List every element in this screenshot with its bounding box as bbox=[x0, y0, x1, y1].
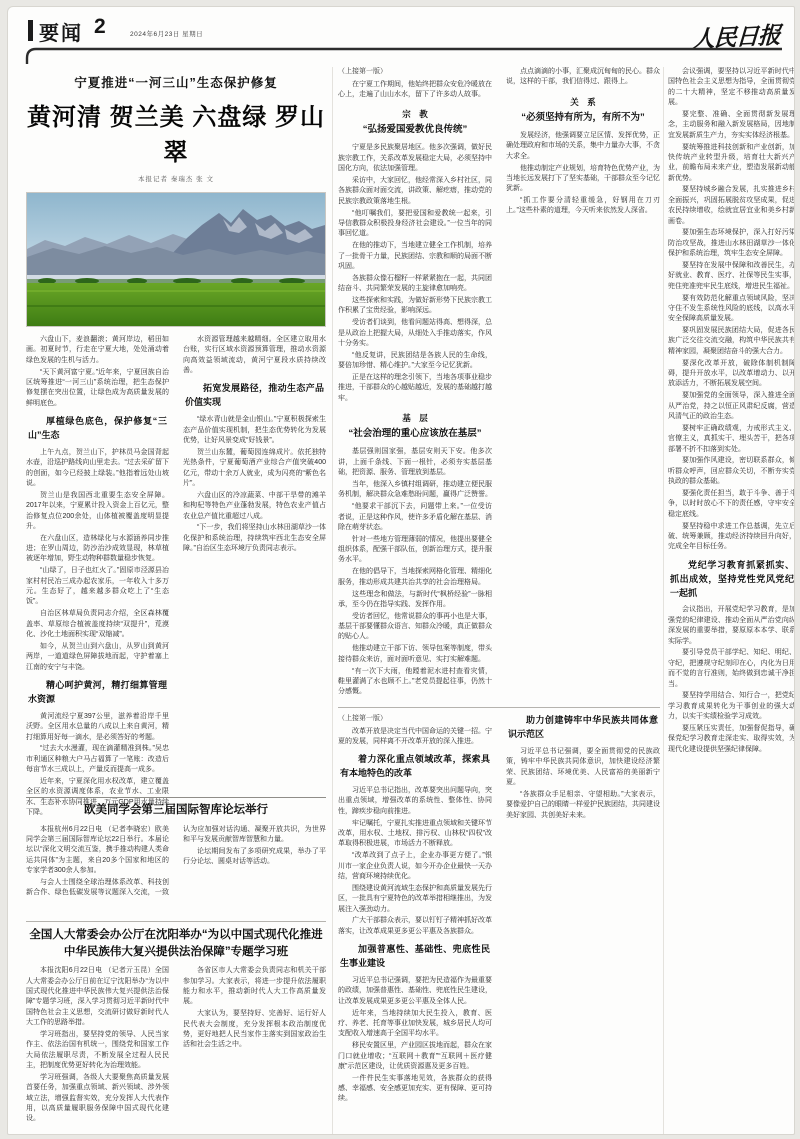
body-paragraph: 一件件民生实事落地见效，各族群众的获得感、幸福感、安全感更加充实、更有保障、更可… bbox=[338, 1074, 492, 1105]
body-paragraph: “抓工作要分清轻重缓急，好钢用在刀刃上。”这些朴素的道理，今天听来依然发人深省。 bbox=[506, 196, 660, 217]
body-paragraph: 这些探索和实践，为做好新形势下民族宗教工作积累了宝贵经验，影响深远。 bbox=[338, 296, 492, 317]
landscape-photo bbox=[26, 192, 326, 327]
body-paragraph: 上午九点，贺兰山下，护林员马金国背起水壶，沿巡护路线向山里走去。“过去采矿留下的… bbox=[26, 448, 169, 489]
body-paragraph: 针对一些地方管理薄弱的情况，他提出要健全组织体系，配强干部队伍，创新治理方式，提… bbox=[338, 535, 492, 566]
body-paragraph: 大家认为，要坚持好、完善好、运行好人民代表大会制度，充分发挥根本政治制度优势，更… bbox=[183, 1009, 326, 1050]
body-paragraph: 习近平总书记强调，要全面贯彻党的民族政策，铸牢中华民族共同体意识，加快建设经济繁… bbox=[506, 747, 660, 788]
body-paragraph: 当年，他深入乡镇村组调研，推动建立便民服务机制，解决群众急难愁盼问题，赢得广泛赞… bbox=[338, 480, 492, 501]
body-paragraph: 会议指出，开展党纪学习教育，是加强党的纪律建设、推动全面从严治党向纵深发展的重要… bbox=[668, 605, 795, 646]
npc-body: 本报沈阳6月22日电 （记者亓玉昆）全国人大常委会办公厅日前在辽宁沈阳举办“为以… bbox=[26, 966, 326, 1134]
body-paragraph: 广大干部群众表示，要以钉钉子精神抓好改革落实，让改革成果更多更公平惠及各族群众。 bbox=[338, 916, 492, 937]
forum-body: 本报杭州6月22日电 （记者李晓宏）欧美同学会第三届国际智库论坛22日举行。本届… bbox=[26, 825, 326, 915]
vertical-separator-right bbox=[663, 67, 664, 1135]
page-number: 2 bbox=[94, 15, 106, 39]
continued-from-note: （上接第一版） bbox=[338, 714, 492, 725]
body-paragraph: 要加强作风建设，密切联系群众，倾听群众呼声，回应群众关切，不断夯实党执政的群众基… bbox=[668, 456, 795, 487]
body-paragraph: 习近平总书记强调，要把为民造福作为最重要的政绩，加强普惠性、基础性、兜底性民生建… bbox=[338, 976, 492, 1007]
body-paragraph: 受访者们谈到，他看问题站得高、想得深，总是从政治上把握大局，从细处入手推动落实，… bbox=[338, 318, 492, 349]
body-paragraph: 会议强调，要坚持以习近平新时代中国特色社会主义思想为指导，全面贯彻党的二十大精神… bbox=[668, 67, 795, 108]
section-subhead: 厚植绿色底色，保护修复“三山”生态 bbox=[28, 415, 167, 443]
body-paragraph: 近年来，当地持续加大民生投入，教育、医疗、养老、托育等事业加快发展，城乡居民人均… bbox=[338, 1009, 492, 1040]
body-paragraph: 点点滴滴的小事，汇聚成沉甸甸的民心。群众说，这样的干部，我们信得过、跟得上。 bbox=[506, 67, 660, 88]
section-marker: 基 层 bbox=[338, 412, 492, 424]
body-paragraph: 习近平总书记指出，改革要突出问题导向，突出重点领域，增强改革的系统性、整体性、协… bbox=[338, 786, 492, 817]
body-paragraph: 要有效防范化解重点领域风险，坚决守住不发生系统性风险的底线，以高水平安全保障高质… bbox=[668, 294, 795, 325]
body-paragraph: 本报杭州6月22日电 （记者李晓宏）欧美同学会第三届国际智库论坛22日举行。本届… bbox=[26, 825, 169, 877]
section-marker: 宗 教 bbox=[338, 108, 492, 120]
body-paragraph: “天下黄河富宁夏。”近年来，宁夏回族自治区统筹推进“一河三山”系统治理，把生态保… bbox=[26, 368, 169, 409]
body-paragraph: 要引导党员干部学纪、知纪、明纪、守纪，把遵规守纪刻印在心，内化为日用而不觉的言行… bbox=[668, 648, 795, 689]
body-paragraph: 各族群众像石榴籽一样紧紧抱在一起，共同团结奋斗、共同繁荣发展的主旋律愈加响亮。 bbox=[338, 274, 492, 295]
body-paragraph: 要完整、准确、全面贯彻新发展理念，主动服务和融入新发展格局，因地制宜发展新质生产… bbox=[668, 110, 795, 141]
body-paragraph: “各族群众手足相亲、守望相助。”大家表示，要像爱护自己的眼睛一样爱护民族团结，共… bbox=[506, 790, 660, 821]
body-paragraph: 他推动建立干部下访、领导包案等制度，带头接待群众来访，面对面听意见、实打实解难题… bbox=[338, 644, 492, 665]
body-paragraph: 受访者回忆，他常说群众的事再小也是大事，基层干部要懂群众语言、知群众冷暖，真正做… bbox=[338, 612, 492, 643]
body-paragraph: “过去大水漫灌，现在滴灌精准到株。”吴忠市利通区种粮大户马占福算了一笔账：改造后… bbox=[26, 744, 169, 775]
body-paragraph: 他推动制定产业规划，培育特色优势产业，为当地长远发展打下了坚实基础，干部群众至今… bbox=[506, 164, 660, 195]
section-subhead: 拓宽发展路径，推动生态产品价值实现 bbox=[185, 382, 324, 410]
body-paragraph: “他叮嘱我们，要把爱国和爱教统一起来，引导信教群众积极投身经济社会建设。”一位当… bbox=[338, 209, 492, 240]
body-paragraph: 黄河流经宁夏397公里，滋养着沿岸千里沃野。全区用水总量的八成以上来自黄河，精打… bbox=[26, 712, 169, 743]
body-paragraph: 贺兰山东麓，葡萄园连绵成片。依托独特光热条件，宁夏葡萄酒产业综合产值突破400亿… bbox=[183, 448, 326, 489]
forum-title: 欧美同学会第三届国际智库论坛举行 bbox=[26, 802, 326, 819]
section-quote-title: “社会治理的重心应该放在基层” bbox=[344, 427, 486, 441]
body-paragraph: 各省区市人大常委会负责同志和机关干部参加学习。大家表示，将进一步提升依法履职能力… bbox=[183, 966, 326, 1007]
section-quote-title: “弘扬爱国爱教优良传统” bbox=[344, 123, 486, 137]
body-paragraph: 移民安置区里，产业园区拔地而起，群众在家门口就业增收；“互联网＋教育”“互联网＋… bbox=[338, 1041, 492, 1072]
right-column-article: 会议强调，要坚持以习近平新时代中国特色社会主义思想为指导，全面贯彻党的二十大精神… bbox=[668, 67, 795, 1133]
body-paragraph: 本报沈阳6月22日电 （记者亓玉昆）全国人大常委会办公厅日前在辽宁沈阳举办“为以… bbox=[26, 966, 169, 1028]
photo-field-streak bbox=[27, 290, 325, 292]
feature-byline: 本报记者 秦瑞杰 张 文 bbox=[26, 174, 326, 183]
body-paragraph: 学习班强调，各级人大要聚焦高质量发展首要任务，加强重点领域、新兴领域、涉外领域立… bbox=[26, 1073, 169, 1125]
npc-article: 全国人大常委会办公厅在沈阳举办“为以中国式现代化推进中华民族伟大复兴提供法治保障… bbox=[26, 927, 326, 1134]
body-paragraph: 贺兰山是我国西北重要生态安全屏障。2017年以来，宁夏累计投入资金上百亿元，整治… bbox=[26, 491, 169, 532]
page-header: 要闻 2 2024年6月23日 星期日 人民日报 bbox=[8, 7, 794, 51]
body-paragraph: “山绿了，日子也红火了。”固原市泾源县冶家村村民冶三成办起农家乐，一年收入十多万… bbox=[26, 566, 169, 607]
divider-middle bbox=[338, 707, 660, 708]
body-paragraph: 如今，从贺兰山到六盘山，从罗山到黄河两岸，一道道绿色屏障拔地而起，守护着塞上江南… bbox=[26, 642, 169, 673]
body-paragraph: 要树牢正确政绩观，力戒形式主义、官僚主义，真抓实干、埋头苦干，把各项部署不折不扣… bbox=[668, 424, 795, 455]
body-paragraph: 要深化改革开放，破除体制机制障碍，提升开放水平，以改革增动力、以开放添活力，不断… bbox=[668, 359, 795, 390]
body-paragraph: 改革开放是决定当代中国命运的关键一招。宁夏的发展，同样离不开改革开放的深入推进。 bbox=[338, 727, 492, 748]
body-paragraph: “有一次下大雨，他蹚着泥水进村查看灾情，鞋里灌满了水也顾不上。”老党员提起往事，… bbox=[338, 667, 492, 698]
body-paragraph: 要加强生态环境保护，深入打好污染防治攻坚战，推进山水林田湖草沙一体化保护和系统治… bbox=[668, 228, 795, 259]
newspaper-page: 要闻 2 2024年6月23日 星期日 人民日报 宁夏推进“一河三山”生态保护修… bbox=[7, 6, 795, 1135]
body-paragraph: 要坚持稳中求进工作总基调，先立后破、统筹兼顾，推动经济持续回升向好，完成全年目标… bbox=[668, 522, 795, 553]
body-paragraph: 要压紧压实责任，加强督促指导，确保党纪学习教育走深走实、取得实效，为现代化建设提… bbox=[668, 724, 795, 755]
body-paragraph: 要强化责任担当，敢于斗争、善于斗争，以时时放心不下的责任感，守牢安全稳定底线。 bbox=[668, 489, 795, 520]
vertical-separator-left bbox=[332, 67, 333, 1135]
body-paragraph: 发展经济，他强调要立足区情、发挥优势，正确处理政府和市场的关系，集中力量办大事，… bbox=[506, 131, 660, 162]
body-paragraph: 要坚持城乡融合发展，扎实推进乡村全面振兴，巩固拓展脱贫攻坚成果，促进农民持续增收… bbox=[668, 185, 795, 226]
body-paragraph: 论坛期间发布了多项研究成果，举办了平行分论坛、圆桌对话等活动。 bbox=[183, 847, 326, 868]
photo-field bbox=[27, 283, 325, 326]
body-paragraph: 要坚持学用结合、知行合一，把党纪学习教育成果转化为干事创业的强大动力，以实干实绩… bbox=[668, 691, 795, 722]
body-paragraph: 在六盘山区，造林绿化与水源涵养同步推进；在罗山周边，防沙治沙成效显现，林草植被逐… bbox=[26, 534, 169, 565]
section-label: 要闻 bbox=[39, 17, 83, 46]
body-paragraph: 自治区林草局负责同志介绍，全区森林覆盖率、草原综合植被盖度持续“双提升”，荒漠化… bbox=[26, 609, 169, 640]
body-paragraph: 要加强党的全面领导，深入推进全面从严治党，持之以恒正风肃纪反腐，营造风清气正的政… bbox=[668, 391, 795, 422]
body-paragraph: 这些理念和做法，与新时代“枫桥经验”一脉相承，至今仍在指导实践、发挥作用。 bbox=[338, 590, 492, 611]
body-paragraph: 宁夏是多民族聚居地区。他多次强调，做好民族宗教工作，关系改革发展稳定大局，必须坚… bbox=[338, 143, 492, 174]
section-subhead: 着力深化重点领域改革，探索具有本地特色的改革 bbox=[340, 753, 490, 781]
body-paragraph: “他要求干部沉下去，问题带上来。”一位受访者说，正是这种作风，使许多矛盾化解在基… bbox=[338, 502, 492, 533]
continued-from-note: （上接第一版） bbox=[338, 67, 492, 78]
section-quote-title: “必须坚持有所为，有所不为” bbox=[512, 111, 654, 125]
feature-headline: 黄河清 贺兰美 六盘绿 罗山翠 bbox=[26, 97, 326, 167]
body-paragraph: 六盘山下，麦浪翻滚；黄河岸边，稻田如画。初夏时节，行走在宁夏大地，处处涌动着绿色… bbox=[26, 335, 169, 366]
body-paragraph: 水资源管理越来越精细。全区建立取用水台账，实行区域水资源预算管理，推动水资源向高… bbox=[183, 335, 326, 376]
forum-article: 欧美同学会第三届国际智库论坛举行 本报杭州6月22日电 （记者李晓宏）欧美同学会… bbox=[26, 802, 326, 915]
feature-kicker: 宁夏推进“一河三山”生态保护修复 bbox=[26, 73, 326, 91]
body-paragraph: “改革改到了点子上，企业办事更方便了。”银川市一家企业负责人说，如今开办企业最快… bbox=[338, 851, 492, 882]
feature-article: 宁夏推进“一河三山”生态保护修复 黄河清 贺兰美 六盘绿 罗山翠 本报记者 秦瑞… bbox=[26, 65, 326, 832]
section-subhead: 党纪学习教育抓紧抓实、抓出成效，坚持党性党风党纪一起抓 bbox=[670, 559, 794, 601]
body-paragraph: 采访中，大家回忆，他经常深入乡村社区，同各族群众面对面交流，讲政策、解疙瘩，推动… bbox=[338, 176, 492, 207]
photo-field-shadow bbox=[27, 305, 325, 307]
continued-article-top: （上接第一版）在宁夏工作期间，他始终把群众安危冷暖放在心上，走遍了山山水水，留下… bbox=[338, 67, 660, 701]
body-paragraph: “绿水青山就是金山银山。”宁夏积极探索生态产品价值实现机制，把生态优势转化为发展… bbox=[183, 415, 326, 446]
body-paragraph: 正是在这样的理念引领下，当地各项事业稳步推进，干部群众的心越贴越近，发展的基础越… bbox=[338, 373, 492, 404]
section-subhead: 助力创建铸牢中华民族共同体意识示范区 bbox=[508, 714, 658, 742]
body-paragraph: 六盘山区的冷凉蔬菜、中部干旱带的滩羊和枸杞等特色产业蓬勃发展，特色农业产值占农业… bbox=[183, 491, 326, 522]
section-bracket bbox=[28, 20, 33, 41]
body-paragraph: “下一步，我们将坚持山水林田湖草沙一体化保护和系统治理，持续筑牢西北生态安全屏障… bbox=[183, 523, 326, 554]
body-paragraph: 基层强则国家强，基层安则天下安。他多次讲，上面千条线、下面一根针，必须夯实基层基… bbox=[338, 447, 492, 478]
body-paragraph: 要统筹推进科技创新和产业创新，加快传统产业转型升级，培育壮大新兴产业，前瞻布局未… bbox=[668, 143, 795, 184]
divider-left-2 bbox=[26, 921, 326, 922]
body-paragraph: 在他的倡导下，当地探索网格化管理、精细化服务，推动形成共建共治共享的社会治理格局… bbox=[338, 567, 492, 588]
continued-article-bottom: （上接第一版）改革开放是决定当代中国命运的关键一招。宁夏的发展，同样离不开改革开… bbox=[338, 714, 660, 1135]
body-paragraph: 在他的推动下，当地建立健全工作机制，培养了一批骨干力量，民族团结、宗教和顺的局面… bbox=[338, 241, 492, 272]
body-paragraph: 要坚持在发展中保障和改善民生，办好就业、教育、医疗、社保等民生实事，兜住兜准兜牢… bbox=[668, 261, 795, 292]
section-marker: 关 系 bbox=[506, 96, 660, 108]
section-subhead: 加强普惠性、基础性、兜底性民生事业建设 bbox=[340, 943, 490, 971]
body-paragraph: “他反复讲，民族团结是各族人民的生命线，要倍加珍惜、精心维护。”大家至今记忆犹新… bbox=[338, 351, 492, 372]
feature-body: 六盘山下，麦浪翻滚；黄河岸边，稻田如画。初夏时节，行走在宁夏大地，处处涌动着绿色… bbox=[26, 335, 326, 832]
divider-left-1 bbox=[26, 797, 326, 798]
date-label: 2024年6月23日 星期日 bbox=[130, 29, 203, 38]
body-paragraph: 牢记嘱托，宁夏扎实推进重点领域和关键环节改革，用水权、土地权、排污权、山林权“四… bbox=[338, 819, 492, 850]
npc-title: 全国人大常委会办公厅在沈阳举办“为以中国式现代化推进中华民族伟大复兴提供法治保障… bbox=[26, 927, 326, 960]
body-paragraph: 要巩固发展民族团结大局，促进各民族广泛交往交流交融，构筑中华民族共有精神家园，凝… bbox=[668, 326, 795, 357]
section-subhead: 精心呵护黄河，精打细算管理水资源 bbox=[28, 679, 167, 707]
body-paragraph: 学习班指出，要坚持党的领导、人民当家作主、依法治国有机统一，围绕党和国家工作大局… bbox=[26, 1030, 169, 1071]
body-paragraph: 在宁夏工作期间，他始终把群众安危冷暖放在心上，走遍了山山水水，留下了许多动人故事… bbox=[338, 80, 492, 101]
header-rule bbox=[22, 47, 784, 67]
body-paragraph: 围绕建设黄河流域生态保护和高质量发展先行区，一批具有宁夏特色的改革举措相继推出，… bbox=[338, 884, 492, 915]
